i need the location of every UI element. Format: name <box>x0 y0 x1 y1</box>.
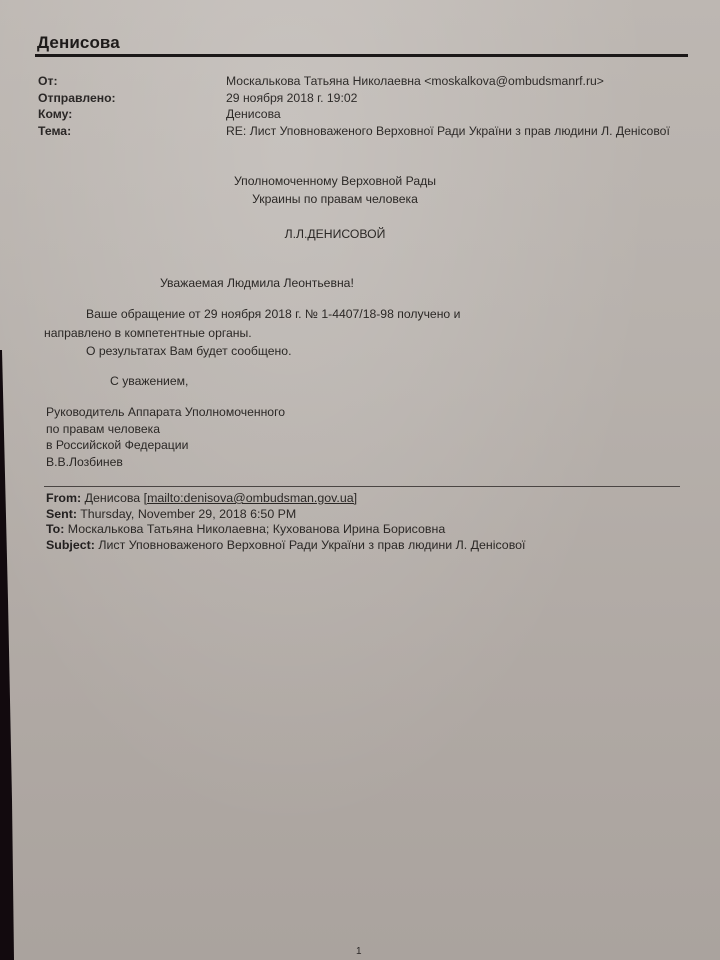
header-value-date: 29 ноября 2018 г. 19:02 <box>226 90 357 107</box>
body-line: Ваше обращение от 29 ноября 2018 г. № 1-… <box>44 305 460 324</box>
body-line: направлено в компетентные органы. <box>44 324 460 343</box>
closing: С уважением, <box>110 374 188 388</box>
body-line: О результатах Вам будет сообщено. <box>44 342 460 361</box>
fwd-row-sent: Sent: Thursday, November 29, 2018 6:50 P… <box>46 507 525 523</box>
header-label: Кому: <box>38 106 226 123</box>
salutation: Уважаемая Людмила Леонтьевна! <box>160 276 354 290</box>
fwd-label: From: <box>46 491 81 505</box>
signature-line: по правам человека <box>46 421 285 438</box>
header-row-from: От: Москалькова Татьяна Николаевна <mosk… <box>38 73 670 90</box>
fwd-subject-value: Лист Уповноваженого Верховної Ради Украї… <box>98 538 525 552</box>
signature-line: в Российской Федерации <box>46 437 285 454</box>
fwd-label: Subject: <box>46 538 95 552</box>
signature-line: Руководитель Аппарата Уполномоченного <box>46 404 285 421</box>
fwd-from-name: Денисова <box>85 491 141 505</box>
fwd-sent-value: Thursday, November 29, 2018 6:50 PM <box>80 507 296 521</box>
header-label: От: <box>38 73 226 90</box>
paper-sheet <box>0 0 720 960</box>
signature-name: В.В.Лозбинев <box>46 454 285 471</box>
addressee-line: Уполномоченному Верховной Рады <box>200 172 470 190</box>
mailto-link[interactable]: [mailto:denisova@ombudsman.gov.ua] <box>144 491 357 505</box>
addressee-block: Уполномоченному Верховной Рады Украины п… <box>200 172 470 208</box>
header-label: Отправлено: <box>38 90 226 107</box>
addressee-name: Л.Л.ДЕНИСОВОЙ <box>200 225 470 243</box>
header-value-recipient: Денисова <box>226 106 281 123</box>
addressee-line: Украины по правам человека <box>200 190 470 208</box>
fwd-label: Sent: <box>46 507 77 521</box>
page-number: 1 <box>356 946 362 957</box>
title-rule <box>35 54 688 57</box>
header-row-to: Кому: Денисова <box>38 106 670 123</box>
letter-body: Ваше обращение от 29 ноября 2018 г. № 1-… <box>44 305 460 361</box>
forward-separator <box>44 486 680 487</box>
header-label: Тема: <box>38 123 226 140</box>
fwd-row-subject: Subject: Лист Уповноваженого Верховної Р… <box>46 538 525 554</box>
fwd-label: To: <box>46 522 64 536</box>
signature-block: Руководитель Аппарата Уполномоченного по… <box>46 404 285 470</box>
email-header: От: Москалькова Татьяна Николаевна <mosk… <box>38 73 670 139</box>
fwd-row-from: From: Денисова [mailto:denisova@ombudsma… <box>46 491 525 507</box>
document-title: Денисова <box>37 33 120 53</box>
fwd-to-value: Москалькова Татьяна Николаевна; Куховано… <box>68 522 445 536</box>
original-message-header: From: Денисова [mailto:denisova@ombudsma… <box>46 491 525 553</box>
header-row-subject: Тема: RE: Лист Уповноваженого Верховної … <box>38 123 670 140</box>
header-value-subject: RE: Лист Уповноваженого Верховної Ради У… <box>226 123 670 140</box>
fwd-row-to: To: Москалькова Татьяна Николаевна; Кухо… <box>46 522 525 538</box>
header-row-sent: Отправлено: 29 ноября 2018 г. 19:02 <box>38 90 670 107</box>
header-value-sender: Москалькова Татьяна Николаевна <moskalko… <box>226 73 604 90</box>
